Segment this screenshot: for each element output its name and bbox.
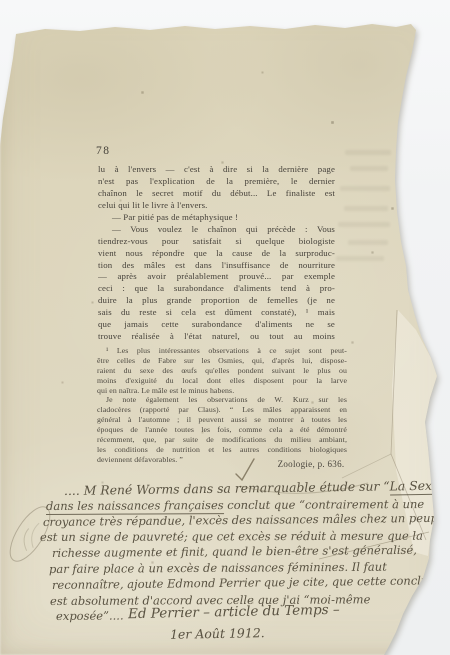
pencil-scribble bbox=[26, 523, 46, 548]
pencil-oval bbox=[3, 501, 58, 567]
pencil-margin-circle bbox=[3, 501, 58, 567]
page-shadow: 78 lu à l'envers — c'est à dire si la de… bbox=[0, 0, 450, 655]
pencil-check-mark bbox=[236, 459, 254, 480]
scanned-document: 78 lu à l'envers — c'est à dire si la de… bbox=[0, 0, 450, 655]
pencil-stroke bbox=[240, 483, 368, 493]
paper-specks bbox=[0, 0, 1, 1]
pencil-scribble bbox=[18, 528, 37, 550]
pencil-marks bbox=[0, 0, 450, 655]
book-page: 78 lu à l'envers — c'est à dire si la de… bbox=[0, 0, 450, 655]
